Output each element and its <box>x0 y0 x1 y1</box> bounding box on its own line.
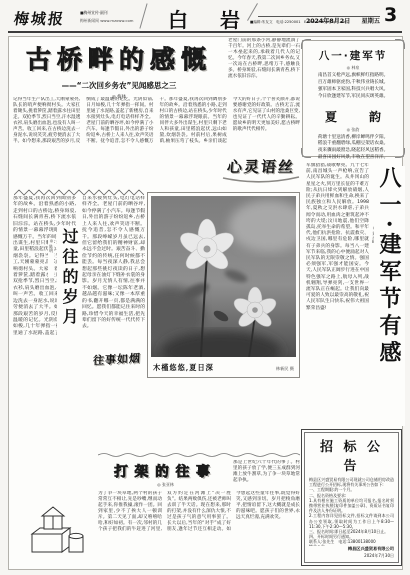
xinling-badge-text: 心灵语丝 <box>219 156 303 177</box>
tender-box: 招 标 公 告 梅县区兴盛贸易有限公司现就公司仓储用房改造工程进行公开招标,现将… <box>301 429 402 566</box>
left-article-vertical-title: 过往的岁月 <box>57 226 82 342</box>
poem1-title: 八一·建军节 <box>303 48 403 63</box>
poem2-author: ◎ 张韵 <box>303 127 403 133</box>
poem1-lines: 南昌首义枪声远,旗帜鲜红指路明。 百万雄师驱虎豹,千秋伟业铸长城。 强军固本卫家… <box>303 73 403 101</box>
boxes-illustration <box>22 502 96 562</box>
wangshi-section-badge: 往事如烟 <box>90 351 144 368</box>
paper-logo: 梅城报 <box>13 8 67 29</box>
poems-box: 八一·建军节 ◎ 林泉 南昌首义枪声远,旗帜鲜红指路明。 百万雄师驱虎豹,千秋伟… <box>302 40 404 157</box>
flower-photo <box>151 196 296 357</box>
main-article-subtitle: ——“二次回乡务农”见闻感思之三 <box>16 80 222 91</box>
bayi-body: 军旗猎猎,战歌嘹亮。九十七年前,南昌城头一声枪响,宣告了人民军队的诞生。从井冈山… <box>306 163 369 425</box>
photo-credit: 林新民 摄 <box>276 366 294 372</box>
masthead-date-rule <box>258 16 380 17</box>
masthead-tagline-1: ■梅州宣传·副刊 <box>80 10 150 16</box>
dajia-author: ◎ 张亚林 <box>98 482 233 488</box>
poem1-author: ◎ 林泉 <box>303 65 403 71</box>
wavy-divider <box>98 452 300 458</box>
wangshi-badge-text: 往事如烟 <box>90 350 145 369</box>
poem2-lines: 荷塘十里送清香,柳岸蝉鸣伴夕阳。 稻浪千重翻碧绿,瓜棚豆架话农桑。 夜来骤雨敲窗… <box>303 135 403 163</box>
main-article-title: 古桥畔的感慨 <box>16 40 222 76</box>
main-article-intro: 老屋门前的那条小河,静静地流淌了千百年。河上的古桥,是先辈们一石一木垒起来的,承… <box>228 38 300 95</box>
masthead: 梅城报 ■梅州宣传·副刊 梅州新闻网 www.mzxww.com 白 岩 山 2… <box>0 0 410 33</box>
page-number: 3 <box>384 4 397 26</box>
left-article-author: ◎ 陈明 <box>48 238 54 278</box>
dajia-title: 打架的往事 <box>98 460 233 480</box>
masthead-rule <box>8 31 402 33</box>
poem2-title: 夏 韵 <box>303 108 403 125</box>
photo-box: 木槿悠悠,夏日深 林新民 摄 <box>147 192 300 378</box>
tender-signature: 梅县区兴盛贸易有限公司 <box>309 546 394 552</box>
photo-caption: 木槿悠悠,夏日深 <box>153 363 214 373</box>
xinling-section-badge: 心灵语丝 <box>220 156 302 188</box>
masthead-tagline-2: 梅州新闻网 www.mzxww.com <box>80 18 150 24</box>
tender-title: 招 标 公 告 <box>309 436 394 474</box>
dajia-side-text: 那是上世纪六十年代的事了。村里的孩子放了学,便三五成群到河滩上放牛割草,为了争一… <box>233 460 300 488</box>
tender-date: 2024年7月30日 <box>309 553 394 559</box>
tender-body: 梅县区兴盛贸易有限公司现就公司仓储用房改造工程进行公开招标,现将有关事项公告如下… <box>309 477 394 546</box>
editor-line: ■编辑:朱友文 电话:2250001 E-mail:mzbys@163.com <box>250 20 380 25</box>
bayi-vertical-title: 八一·建军节有感 <box>374 166 405 426</box>
newspaper-page: 梅城报 ■梅州宣传·副刊 梅州新闻网 www.mzxww.com 白 岩 山 2… <box>0 0 410 575</box>
boxes-illustration-svg <box>22 502 96 562</box>
main-article-header: 古桥畔的感慨 ——“二次回乡务农”见闻感思之三 ◎ 梅林 <box>16 40 222 94</box>
dajia-body: 为了争一块草地,两个村的孩子常常互不相让,先是吵嘴,继而动起手来,你推我搡,滚作… <box>98 491 300 567</box>
dajia-section: 打架的往事 ◎ 张亚林 那是上世纪六十年代的事了。村里的孩子放了学,便三五成群到… <box>98 452 300 565</box>
